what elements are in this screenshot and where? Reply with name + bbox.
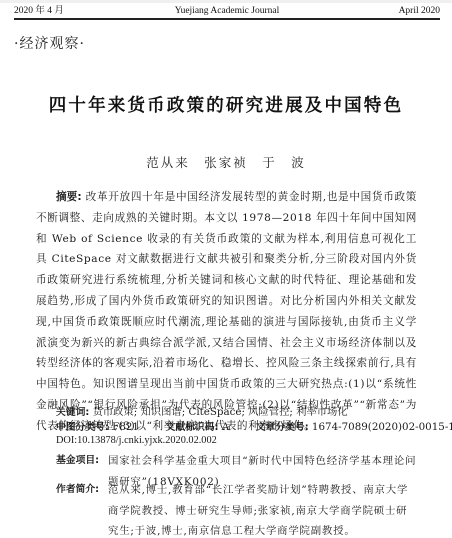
bio-label: 作者简介: (56, 480, 99, 501)
header-journal: Yuejiang Academic Journal (14, 4, 440, 18)
abstract-text: 改革开放四十年是中国经济发展转型的黄金时期,也是中国货币政策不断调整、走向成熟的… (36, 191, 417, 432)
doi[interactable]: DOI:10.13878/j.cnki.yjxk.2020.02.002 (56, 435, 217, 446)
header-rule (14, 18, 440, 20)
doc-code-label: 文献标识码: (166, 422, 219, 433)
fund-label: 基金项目: (56, 451, 99, 472)
classification: 中图分类号: F821 文献标识码: A 文章分类号: 1674-7089(20… (56, 419, 452, 433)
clc-label: 中图分类号: (56, 422, 109, 433)
authors: 范从来 张家祯 于 波 (0, 153, 452, 171)
doc-code-value: A (218, 421, 229, 433)
top-shade (0, 0, 452, 3)
keywords: 关键词: 货币政策; 知识图谱; CiteSpace; 风险管控; 利率市场化 (56, 403, 348, 418)
abstract: 摘要: 改革开放四十年是中国经济发展转型的黄金时期,也是中国货币政策不断调整、走… (36, 187, 417, 437)
article-no-label: 文章分类号: (256, 422, 309, 433)
keywords-label: 关键词: (56, 407, 89, 418)
section-label: ·经济观察· (14, 33, 85, 53)
paper-title: 四十年来货币政策的研究进展及中国特色 (0, 92, 452, 117)
header-date-en: April 2020 (399, 4, 440, 18)
clc-value: F821 (109, 421, 139, 433)
author-bio: 作者简介: 范从来,博士,教育部“长江学者奖励计划”特聘教授、南京大学商学院教授… (56, 480, 417, 538)
running-header: 2020 年 4 月 Yuejiang Academic Journal Apr… (14, 4, 440, 18)
keywords-text: 货币政策; 知识图谱; CiteSpace; 风险管控; 利率市场化 (89, 406, 347, 418)
abstract-label: 摘要: (56, 191, 82, 203)
bio-text: 范从来,博士,教育部“长江学者奖励计划”特聘教授、南京大学商学院教授、博士研究生… (108, 480, 417, 538)
article-no-value: 1674-7089(2020)02-0015-19 (309, 421, 452, 433)
